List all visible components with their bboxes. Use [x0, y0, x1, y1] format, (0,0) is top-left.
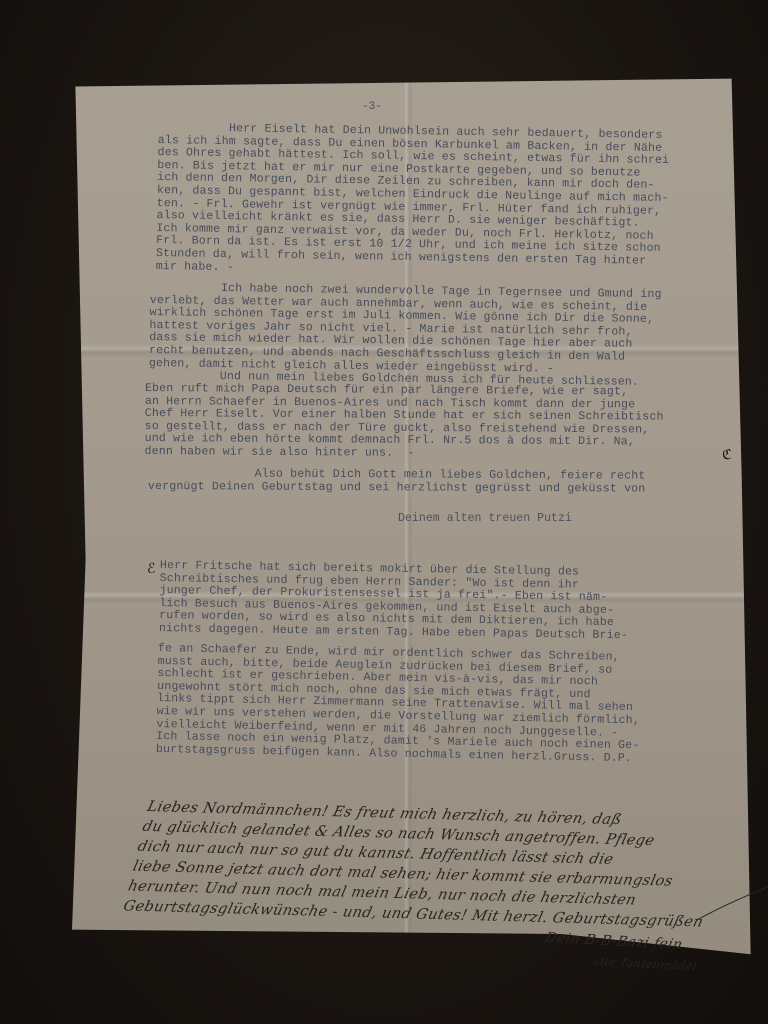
paragraph-eiselt: Herr Eiselt hat Dein Unwohlsein auch seh…	[156, 122, 670, 281]
postscript-fritsche: Herr Fritsche hat sich bereits mokirt üb…	[159, 560, 629, 643]
paragraph-papa-deutsch: Eben ruft mich Papa Deutsch für ein par …	[144, 383, 663, 462]
correction-mark-icon: ℭ	[722, 447, 732, 463]
handwritten-signature-subline: alte Tantenmädel	[591, 952, 699, 977]
pen-stroke-icon	[695, 880, 768, 940]
text-line: vergnügt Deinen Geburtstag und sei herzl…	[148, 481, 646, 496]
postscript-schaefer: fe an Schaefer zu Ende, wird mir ordentl…	[156, 643, 641, 766]
insertion-mark-icon: ℰ	[147, 561, 155, 577]
letter-page: -3- Herr Eiselt hat Dein Unwohlsein auch…	[0, 0, 768, 1024]
handwritten-note: Liebes Nordmännchen! Es freut mich herzl…	[121, 797, 729, 932]
paragraph-tegernsee: Ich habe noch zwei wundervolle Tage in T…	[149, 282, 662, 390]
paragraph-farewell: Also behüt Dich Gott mein liebes Goldche…	[148, 468, 646, 496]
page-number: -3-	[362, 101, 382, 113]
closing-signature: Deinem alten treuen Putzi	[398, 512, 572, 525]
